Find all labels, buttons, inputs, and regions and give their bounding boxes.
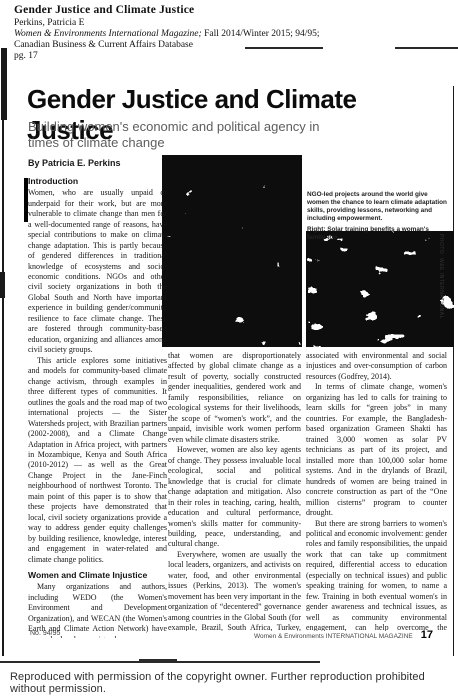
photo-caption-secondary: Right: Solar training benefits a woman's… xyxy=(307,226,447,242)
header-divider-line-1 xyxy=(245,47,323,49)
footer-right: Women & Environments INTERNATIONAL MAGAZ… xyxy=(254,629,433,641)
citation-block: Gender Justice and Climate Justice Perki… xyxy=(14,4,344,62)
section-heading-women-climate-injustice: Women and Climate Injustice xyxy=(28,570,167,581)
citation-source: Women & Environments International Magaz… xyxy=(14,29,344,40)
footer-magazine-name: Women & Environments INTERNATIONAL MAGAZ… xyxy=(254,633,413,640)
citation-page: pg. 17 xyxy=(14,51,344,62)
column-right-paragraph-2: In terms of climate change, women's orga… xyxy=(306,382,447,518)
citation-author: Perkins, Patricia E xyxy=(14,18,344,29)
column-middle: that women are disproportionately affect… xyxy=(168,351,301,631)
photo-caption-main: NGO-led projects around the world give w… xyxy=(307,191,447,223)
header-divider-line-2 xyxy=(395,47,458,49)
scanned-document-page: Gender Justice and Climate Justice Perki… xyxy=(0,0,458,700)
section-heading-introduction: Introduction xyxy=(28,176,167,187)
page-right-border xyxy=(453,86,454,656)
copyright-notice: Reproduced with permission of the copyri… xyxy=(10,671,455,695)
citation-source-issue: Fall 2014/Winter 2015; 94/95; xyxy=(202,29,320,39)
scan-edge-line xyxy=(2,118,4,656)
page-bottom-rule-thick xyxy=(139,659,177,663)
column-right-paragraph-1: associated with environmental and social… xyxy=(306,351,447,382)
photo-caption: NGO-led projects around the world give w… xyxy=(307,191,447,242)
footer-page-number: 17 xyxy=(421,629,433,641)
column-right: associated with environmental and social… xyxy=(306,351,447,631)
citation-database: Canadian Business & Current Affairs Data… xyxy=(14,40,344,51)
scan-edge-bar xyxy=(1,48,7,120)
article-byline: By Patricia E. Perkins xyxy=(28,158,121,168)
photo-credit: PHOTO: W&E INTERNATIONAL xyxy=(438,234,444,344)
column-right-paragraph-3: But there are strong barriers to women's… xyxy=(306,519,447,632)
article-photo-group xyxy=(306,231,454,347)
footer-issue: No. 94/95 xyxy=(30,630,60,637)
intro-paragraph-1: Women, who are usually unpaid or underpa… xyxy=(28,188,167,356)
article-photo-woman-with-trees xyxy=(162,155,302,347)
column-middle-paragraph-1: that women are disproportionately affect… xyxy=(168,351,301,445)
column-middle-paragraph-3: Everywhere, women are usually the local … xyxy=(168,550,301,631)
column-middle-paragraph-2: However, women are also key agents of ch… xyxy=(168,445,301,550)
citation-source-journal: Women & Environments International Magaz… xyxy=(14,29,202,39)
column-left: Introduction Women, who are usually unpa… xyxy=(28,176,167,638)
scan-edge-blob xyxy=(0,272,5,298)
intro-paragraph-2: This article explores some initiatives a… xyxy=(28,356,167,565)
article-subtitle: Building women's economic and political … xyxy=(28,119,328,151)
citation-title: Gender Justice and Climate Justice xyxy=(14,4,344,18)
